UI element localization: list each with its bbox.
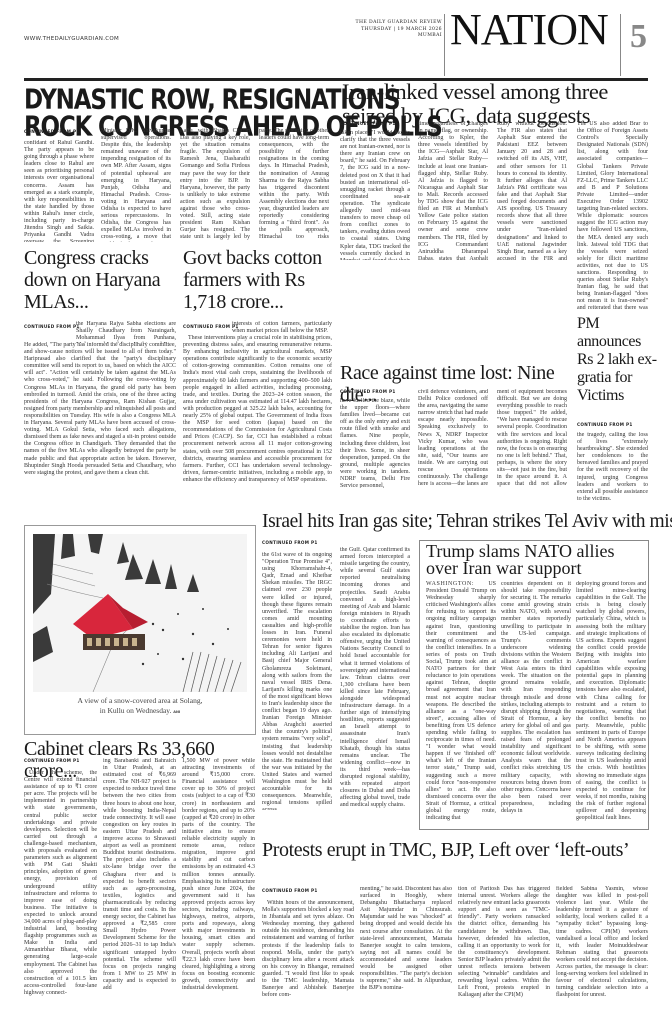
continued-label: CONTINUED FROM P1	[577, 422, 633, 427]
caption-text: in Kullu on Wednesday.	[100, 706, 172, 715]
headline[interactable]: Protests erupt in TMC, BJP, Left over ‘l…	[262, 839, 662, 861]
continued-label: CONTINUED FROM P1	[262, 888, 318, 893]
article-column: Under the scheme, the Centre will extend…	[24, 770, 97, 1008]
headline[interactable]: Israel hits Iran gas site; Tehran strike…	[262, 511, 672, 533]
article-column: 1,500 MW of power while attracting inves…	[182, 758, 255, 1008]
headline[interactable]: Congress cracks down on Haryana MLAs...	[24, 247, 184, 313]
article-column: the 61st wave of its ongoing "Operation …	[262, 552, 332, 810]
page-number: 5	[630, 18, 647, 56]
headline[interactable]: PM announces Rs 2 lakh ex-gratia for Vic…	[577, 315, 657, 405]
article-column: Within hours of the announcement, Molla'…	[262, 900, 354, 1008]
dateline: WASHINGTON:	[426, 581, 474, 587]
continued-label: CONTINUED FROM P1	[262, 540, 318, 545]
article-column: the Gulf. Qatar confirmed its armed forc…	[340, 547, 410, 827]
article-text: US President Donald Trump on Wednesday s…	[426, 581, 496, 821]
article-paragraph: Under the scheme, the Centre will extend…	[24, 770, 97, 997]
masthead-divider	[444, 14, 445, 76]
article-column: Minister D.K. Shivakumar supervised oper…	[101, 128, 171, 242]
continued-label: CONTINUED FROM P1	[340, 389, 396, 394]
article-column: have fuelled the blaze, while the upper …	[340, 398, 410, 488]
caption-line: A view of a snow-covered area at Solang,	[25, 696, 255, 706]
article-column: ment of equipment becomes difficult. But…	[497, 389, 567, 488]
article-column: party. The sidelining of other leaders c…	[259, 128, 329, 242]
website-url[interactable]: WWW.THEDAILYGUARDIAN.COM	[24, 36, 119, 42]
article-lead: interests of cotton farmers, particularl…	[232, 321, 332, 336]
masthead-divider	[620, 14, 621, 76]
article-column: Lallu, with Bhakta Charan Das also playi…	[180, 128, 250, 242]
caption-line: in Kullu on Wednesday. ANI	[25, 706, 255, 717]
article-column: confidant of Rahul Gandhi. The party app…	[24, 140, 94, 242]
continued-label: CONTINUED FROM P1	[24, 758, 80, 763]
article-paragraph: He added, "The party has informed the di…	[24, 342, 176, 477]
article-column: The US also added Brar to the Office of …	[577, 121, 648, 311]
city: MUMBAI	[356, 33, 442, 40]
article-column: fielded Sabina Yasmin, whose daughter wa…	[556, 886, 648, 1008]
masthead-meta: THE DAILY GUARDIAN REVIEW THURSDAY | 19 …	[356, 20, 442, 40]
continued-label: CONTINUED FROM P1	[24, 324, 80, 329]
article-paragraph: Within hours of the announcement, Molla'…	[262, 900, 354, 999]
article-column: taken place. "I would like to clarify th…	[340, 130, 410, 260]
continued-label: CONTINUED FROM P1	[24, 129, 80, 134]
article-body: He added, "The party has informed the di…	[24, 342, 176, 510]
article-trump-nato-box: Trump slams NATO allies over Iran war su…	[419, 540, 649, 830]
article-column: Ruby without permission. The FIR also st…	[497, 121, 567, 260]
article-column: deploying ground forces and limited mine…	[576, 581, 646, 826]
continued-label: CONTINUED FROM P1	[340, 121, 396, 126]
article-column: tion of Paritosh Das has triggered inter…	[458, 886, 550, 1008]
article-lead: the Haryana Rajya Sabha elections are Sh…	[76, 321, 176, 343]
paper-name: THE DAILY GUARDIAN REVIEW	[356, 20, 442, 27]
article-column: countries dependent on it should take re…	[501, 581, 571, 826]
article-column: civil defence volunteers, and Delhi Poli…	[418, 389, 488, 488]
article-column: time, regardless of changes in name, fla…	[418, 121, 488, 260]
photo-snow-solang[interactable]	[33, 534, 247, 692]
photo-box: A view of a snow-covered area at Solang,…	[24, 525, 256, 735]
photo-caption: A view of a snow-covered area at Solang,…	[25, 696, 255, 717]
headline[interactable]: Trump slams NATO allies over Iran war su…	[426, 543, 644, 577]
article-paragraph: These interventions play a crucial role …	[183, 335, 332, 484]
article-column: menting," he said. Discontent has also s…	[360, 886, 452, 1008]
snow-landscape-image	[33, 534, 247, 692]
photo-credit: ANI	[173, 710, 180, 714]
article-body: These interventions play a crucial role …	[183, 335, 332, 510]
article-column: ing Barabanki and Bahraich in Uttar Prad…	[103, 758, 176, 1008]
article-body: the tragedy, calling the loss of lives "…	[577, 432, 648, 504]
article-column: WASHINGTON: US President Donald Trump on…	[426, 581, 496, 826]
continued-label: CONTINUED FROM P1	[183, 324, 239, 329]
headline[interactable]: Govt backs cotton farmers with Rs 1,718 …	[183, 247, 343, 313]
section-title: NATION	[450, 8, 608, 52]
